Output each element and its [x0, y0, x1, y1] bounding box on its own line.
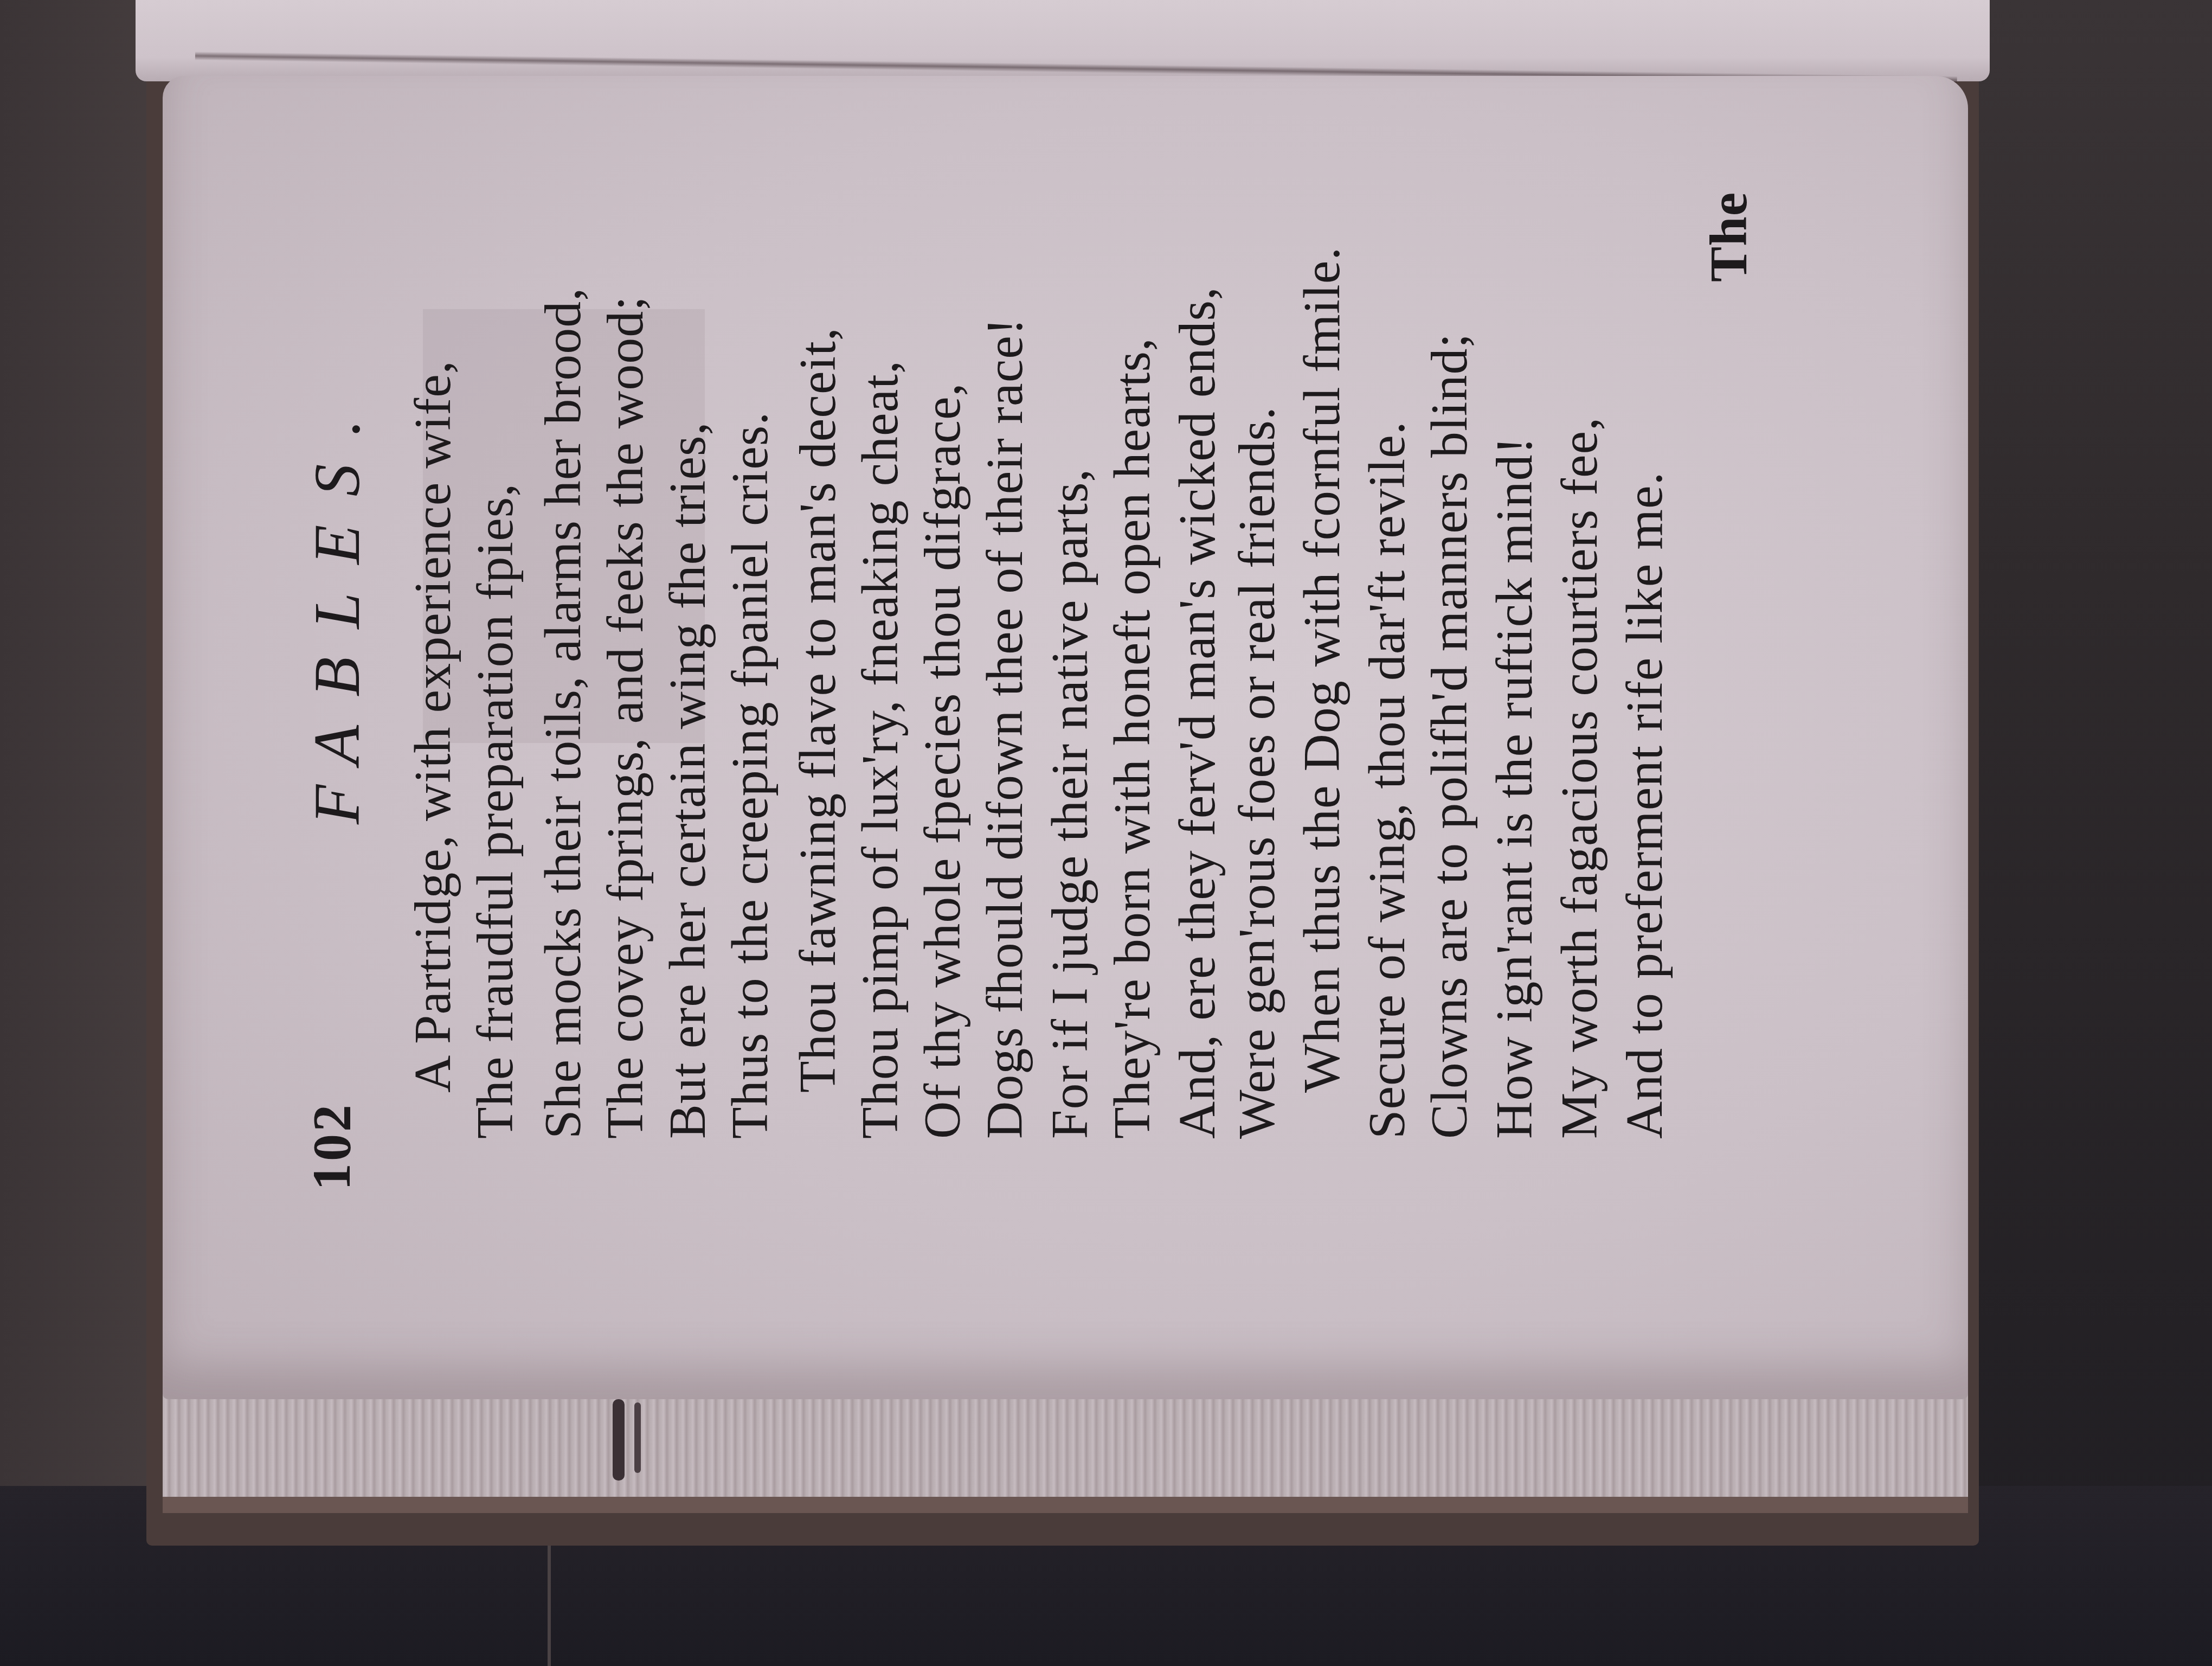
verse-line: How ign'rant is the ruftick mind!: [1488, 437, 1540, 1139]
verse-line: Thou fawning flave to man's deceit,: [792, 327, 844, 1093]
verse-line: And, ere they ferv'd man's wicked ends,: [1171, 286, 1223, 1139]
verse-line: Of thy whole fpecies thou difgrace,: [916, 382, 968, 1139]
verse-line: My worth fagacious courtiers fee,: [1553, 417, 1605, 1139]
verse-line: And to preferment rife like me.: [1618, 471, 1670, 1139]
verse-line: Thou pimp of lux'ry, fneaking cheat,: [854, 360, 906, 1139]
background-surface-left: [0, 0, 163, 1666]
page-text: 102 FABLES. A Partridge, with experience…: [163, 76, 1968, 1399]
verse-line: Secure of wing, thou dar'ft revile.: [1361, 421, 1413, 1139]
verse-line: For if I judge their native parts,: [1044, 469, 1096, 1139]
pencil-mark-icon: [613, 1399, 656, 1491]
verse-line: The covey fprings, and feeks the wood;: [599, 296, 651, 1139]
verse-line: Dogs fhould difown thee of their race!: [979, 317, 1031, 1139]
verse-line: A Partridge, with experience wife,: [407, 360, 459, 1093]
verse-line: When thus the Dog with fcornful fmile.: [1296, 247, 1348, 1093]
page-block-edge: [163, 1388, 1968, 1513]
page-number: 102: [305, 1103, 359, 1190]
verse-line: Thus to the creeping fpaniel cries.: [724, 412, 776, 1139]
running-head: FABLES.: [305, 392, 370, 824]
book-page: 102 FABLES. A Partridge, with experience…: [163, 76, 1968, 1399]
catchword: The: [1702, 192, 1756, 282]
photo-scene: 102 FABLES. A Partridge, with experience…: [0, 0, 2212, 1666]
verse-line: The fraudful preparation fpies,: [469, 483, 521, 1139]
verse-line: Clowns are to polifh'd manners blind;: [1423, 333, 1475, 1139]
verse-line: Were gen'rous foes or real friends.: [1231, 406, 1283, 1139]
verse-line: She mocks their toils, alarms her brood,: [537, 287, 589, 1139]
verse-line: But ere her certain wing fhe tries,: [661, 422, 713, 1139]
verse-line: They're born with honeft open hearts,: [1106, 337, 1158, 1139]
